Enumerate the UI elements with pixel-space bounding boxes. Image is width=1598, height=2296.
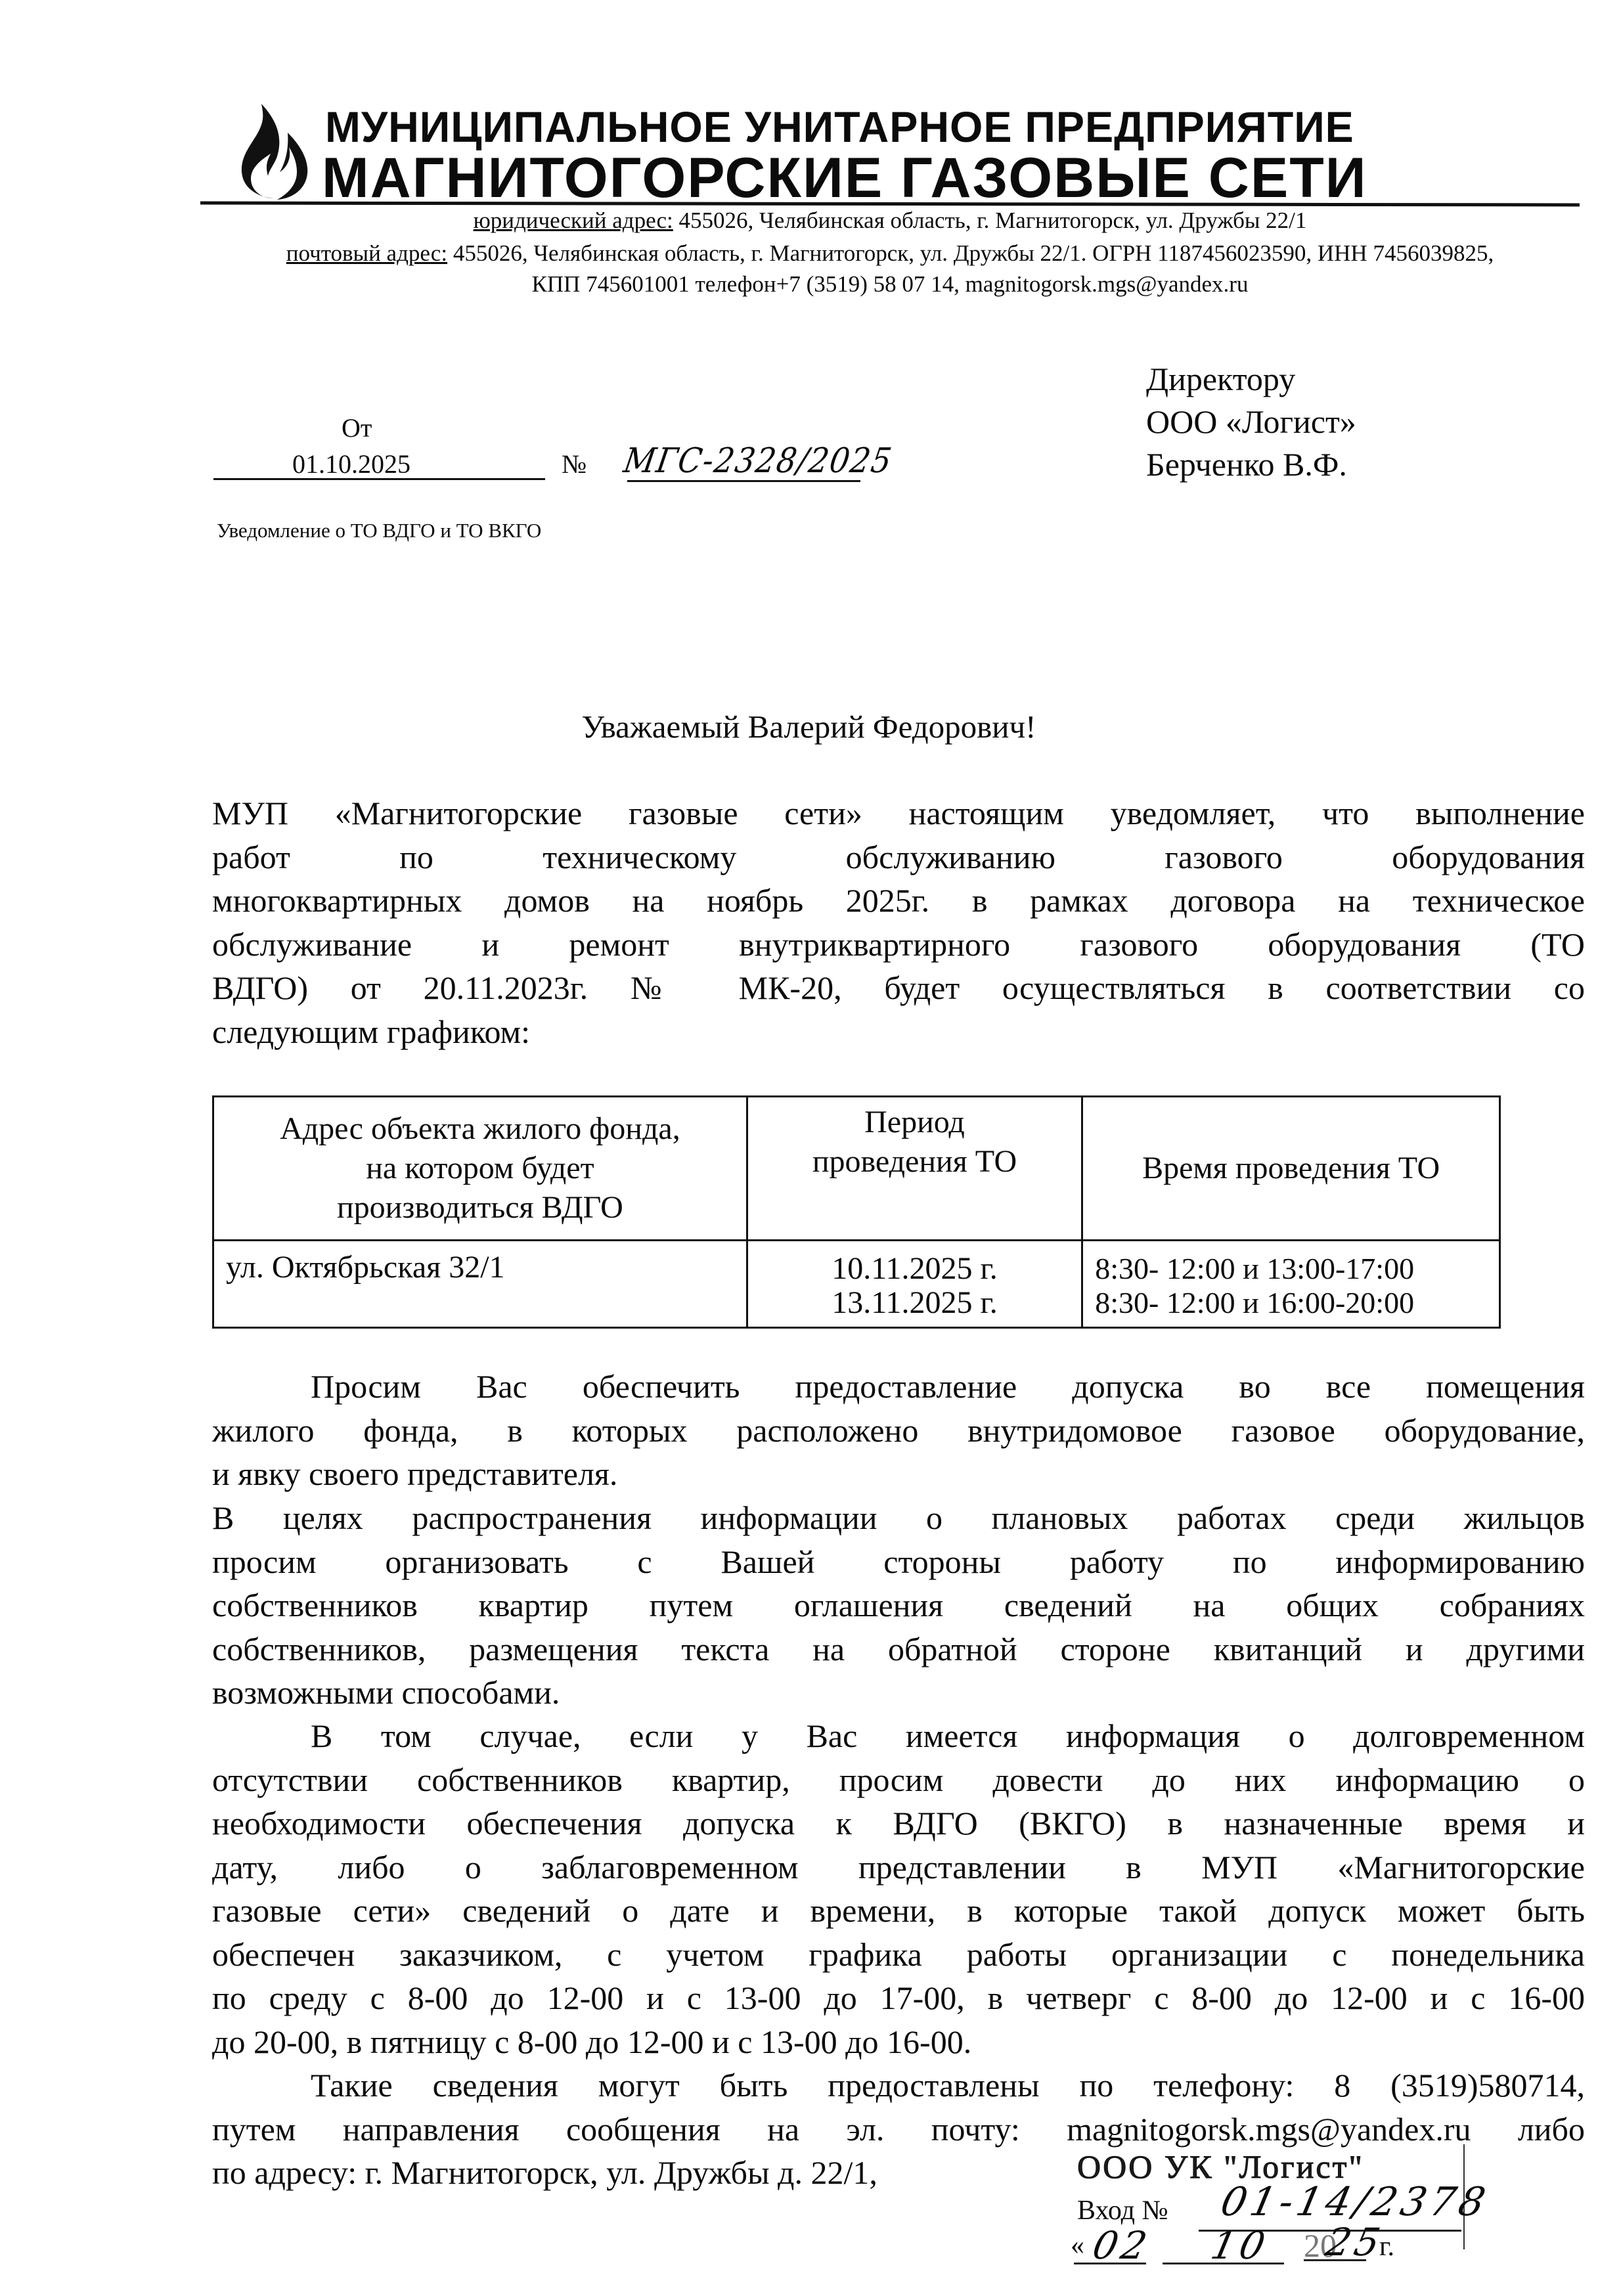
cell-period: 10.11.2025 г. 13.11.2025 г. [747, 1241, 1082, 1328]
addressee-line-3: Берченко В.Ф. [1146, 448, 1347, 481]
header-address: Адрес объекта жилого фонда, на котором б… [213, 1097, 747, 1241]
cell-address: ул. Октябрьская 32/1 [213, 1241, 747, 1328]
absence-paragraph: В том случае, если у Вас имеется информа… [212, 1714, 1585, 2064]
text-line: возможными способами. [212, 1671, 1585, 1715]
intro-paragraph: МУП «Магнитогорские газовые сети» настоя… [212, 791, 1585, 1053]
text-line: обеспечен заказчиком, с учетом графика р… [212, 1933, 1585, 1977]
addressee-line-1: Директору [1146, 363, 1295, 395]
text-line: по среду с 8-00 до 12-00 и с 13-00 до 17… [212, 1976, 1585, 2020]
text-line: до 20-00, в пятницу с 8-00 до 12-00 и с … [212, 2020, 1585, 2064]
stamp-day: 02 [1089, 2223, 1155, 2268]
flame-icon [236, 99, 315, 204]
stamp-day-underline [1074, 2263, 1146, 2264]
postal-address-label: почтовый адрес: [286, 240, 447, 266]
text-line: В том случае, если у Вас имеется информа… [212, 1714, 1585, 1758]
text-line: многоквартирных домов на ноябрь 2025г. в… [212, 879, 1585, 923]
stamp-in-label: Вход № [1077, 2195, 1168, 2226]
addressee-line-2: ООО «Логист» [1146, 405, 1356, 438]
header-period: Период проведения ТО [747, 1097, 1082, 1241]
letter-number: МГС-2328/2025 [621, 441, 895, 481]
stamp-month-underline [1163, 2263, 1284, 2264]
text-line: путем направления сообщения на эл. почту… [212, 2108, 1585, 2152]
table-header-row: Адрес объекта жилого фонда, на котором б… [213, 1097, 1500, 1241]
contact-paragraph: Такие сведения могут быть предоставлены … [212, 2064, 1585, 2195]
text-line: дату, либо о заблаговременном представле… [212, 1845, 1585, 1889]
stamp-in-number: 01-14/2378 [1217, 2179, 1494, 2225]
number-underline [627, 480, 860, 482]
cell-time: 8:30- 12:00 и 13:00-17:00 8:30- 12:00 и … [1082, 1241, 1500, 1328]
date-underline [213, 478, 545, 480]
text-line: просим организовать с Вашей стороны рабо… [212, 1540, 1585, 1584]
text-line: ВДГО) от 20.11.2023г. № МК-20, будет осу… [212, 966, 1585, 1010]
header-time: Время проведения ТО [1082, 1097, 1500, 1241]
text-line: собственников квартир путем оглашения св… [212, 1583, 1585, 1627]
inform-paragraph: В целях распространения информации о пла… [212, 1496, 1585, 1715]
text-line: МУП «Магнитогорские газовые сети» настоя… [212, 791, 1585, 835]
legal-address-label: юридический адрес: [474, 208, 673, 233]
text-line: следующим графиком: [212, 1010, 1585, 1054]
text-line: работ по техническому обслуживанию газов… [212, 835, 1585, 879]
text-line: необходимости обеспечения допуска к ВДГО… [212, 1801, 1585, 1845]
org-type: МУНИЦИПАЛЬНОЕ УНИТАРНОЕ ПРЕДПРИЯТИЕ [325, 105, 1354, 148]
postal-address: почтовый адрес: 455026, Челябинская обла… [197, 242, 1583, 265]
contacts: КПП 745601001 телефон+7 (3519) 58 07 14,… [197, 273, 1583, 296]
legal-address-value: 455026, Челябинская область, г. Магнитог… [673, 208, 1307, 233]
text-line: и явку своего представителя. [212, 1452, 1585, 1496]
letter-subject: Уведомление о ТО ВДГО и ТО ВКГО [217, 519, 541, 542]
text-line: обслуживание и ремонт внутриквартирного … [212, 923, 1585, 967]
stamp-year-suffix: 25 [1322, 2220, 1388, 2264]
stamp-month: 10 [1207, 2223, 1273, 2268]
legal-address: юридический адрес: 455026, Челябинская о… [197, 209, 1583, 232]
text-line: газовые сети» сведений о дате и времени,… [212, 1889, 1585, 1933]
text-line: В целях распространения информации о пла… [212, 1496, 1585, 1540]
text-line: отсутствии собственников квартир, просим… [212, 1758, 1585, 1802]
stamp-year-unit: г. [1379, 2231, 1394, 2263]
stamp-year-underline [1304, 2259, 1366, 2261]
access-paragraph: Просим Вас обеспечить предоставление доп… [212, 1365, 1585, 1496]
postal-address-value: 455026, Челябинская область, г. Магнитог… [447, 240, 1494, 266]
org-name: МАГНИТОГОРСКИЕ ГАЗОВЫЕ СЕТИ [322, 150, 1367, 206]
text-line: Такие сведения могут быть предоставлены … [212, 2064, 1585, 2108]
table-row: ул. Октябрьская 32/1 10.11.2025 г. 13.11… [213, 1241, 1500, 1328]
salutation: Уважаемый Валерий Федорович! [0, 708, 1598, 745]
text-line: Просим Вас обеспечить предоставление доп… [212, 1365, 1585, 1409]
text-line: собственников, размещения текста на обра… [212, 1627, 1585, 1671]
schedule-table: Адрес объекта жилого фонда, на котором б… [212, 1095, 1501, 1329]
number-sign: № [562, 449, 587, 479]
stamp-date-quote: « [1071, 2230, 1084, 2261]
text-line: жилого фонда, в которых расположено внут… [212, 1409, 1585, 1453]
from-label: От [342, 412, 372, 443]
letter-date: 01.10.2025 [292, 449, 411, 479]
